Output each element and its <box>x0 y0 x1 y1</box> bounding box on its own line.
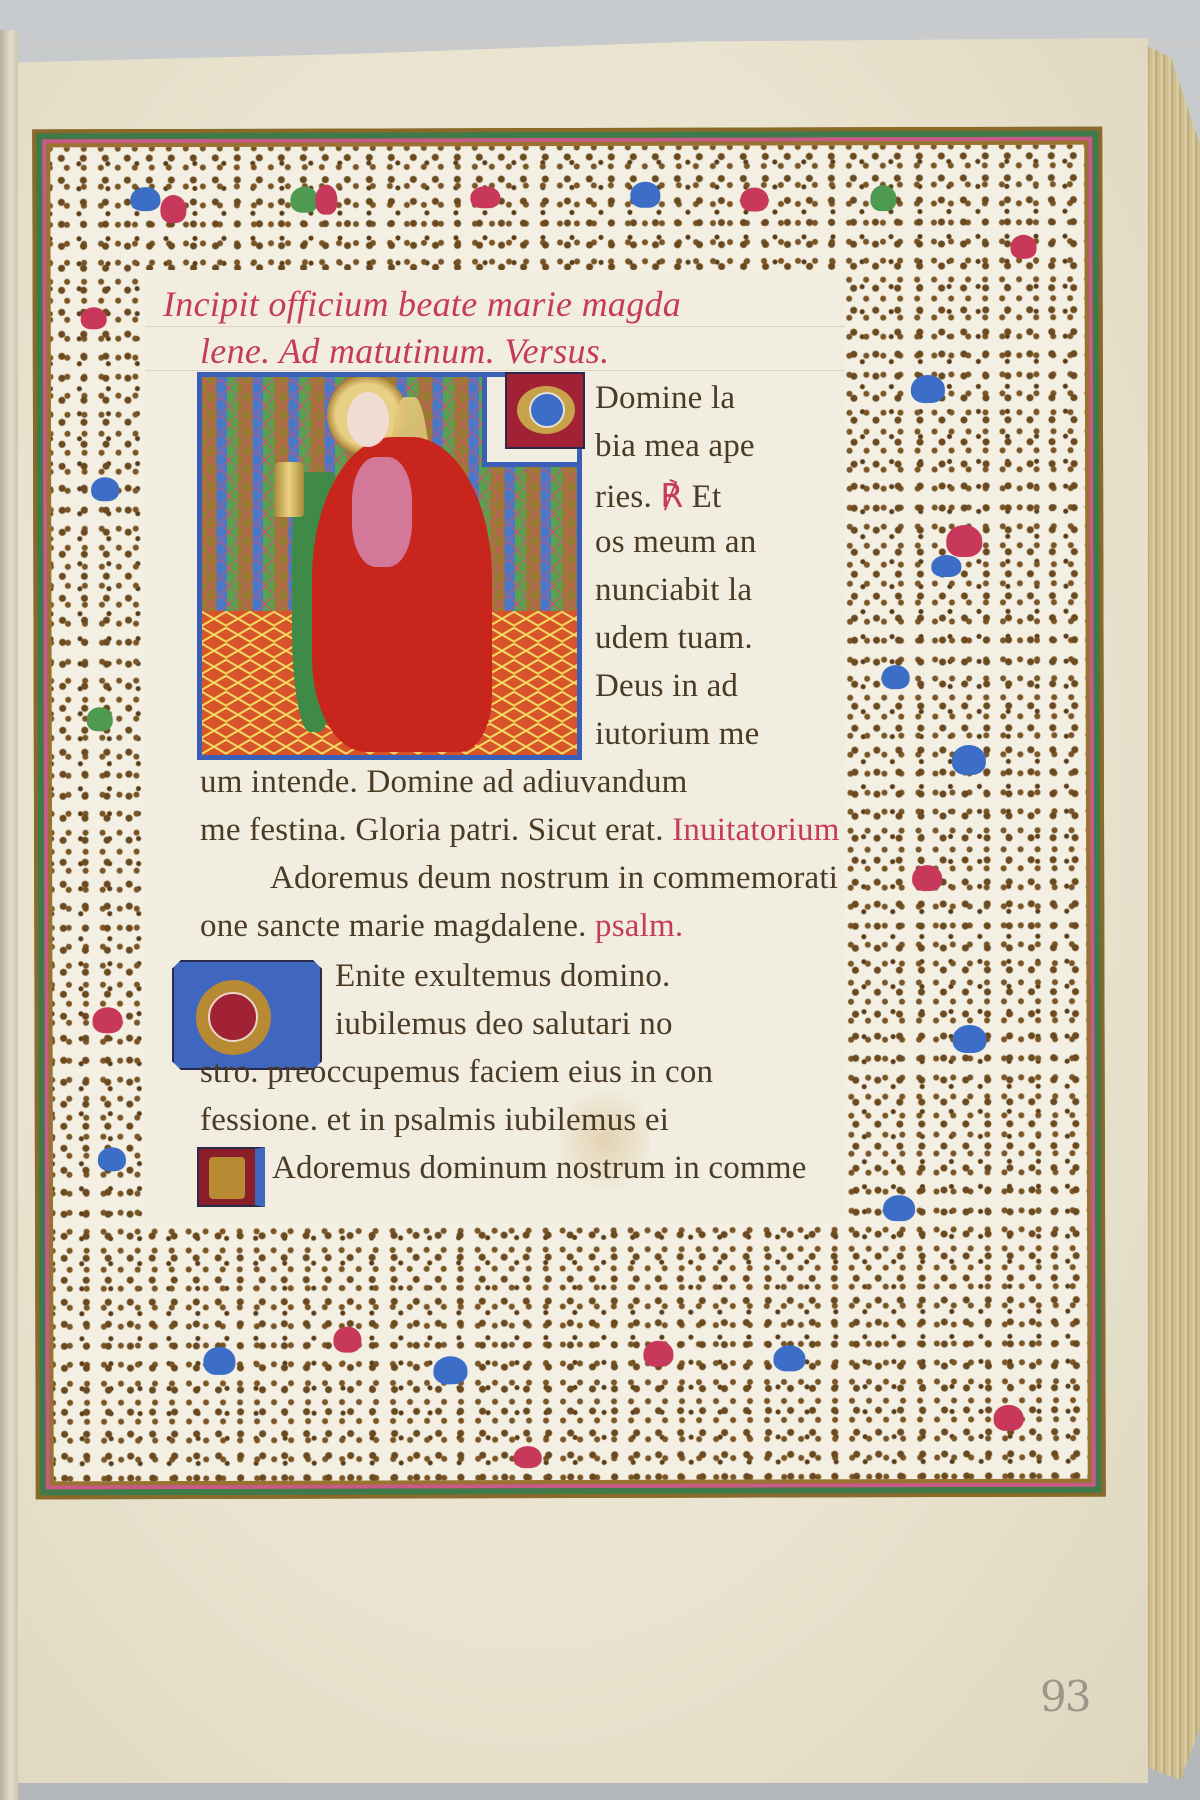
invitatory-line: Adoremus deum nostrum in commemorati <box>270 860 838 897</box>
versicle-line: um intende. Domine ad adiuvandum <box>200 764 688 801</box>
versicle-line: iutorium me <box>595 716 759 753</box>
flower-icon <box>98 1147 126 1171</box>
saint-pink-underdress <box>352 457 412 567</box>
antiphon-line: Adoremus dominum nostrum in comme <box>272 1150 807 1187</box>
versicle-line: ries. ℟ Et <box>595 476 721 516</box>
flower-icon <box>643 1341 673 1367</box>
versicle-line: Domine la <box>595 380 735 417</box>
psalm-rubric: psalm. <box>595 908 683 944</box>
flower-icon <box>630 182 660 208</box>
versicle-text: ries. <box>595 479 652 515</box>
invitatory-line: one sancte marie magdalene. psalm. <box>200 908 683 945</box>
flower-icon <box>93 1007 123 1033</box>
flower-icon <box>130 187 160 211</box>
versicle-line: me festina. Gloria patri. Sicut erat. In… <box>200 812 840 849</box>
invitatory-rubric: Inuitatorium <box>672 812 839 848</box>
initial-d <box>505 372 585 449</box>
flower-icon <box>333 1327 361 1353</box>
initial-d-core <box>529 392 565 428</box>
initial-a-bowl <box>209 1157 245 1199</box>
flower-icon <box>946 525 982 557</box>
psalm-line: fessione. et in psalmis iubilemus ei <box>200 1102 669 1139</box>
versicle-line: bia mea ape <box>595 428 755 465</box>
versicle-line: nunciabit la <box>595 572 752 609</box>
versicle-text: me festina. Gloria patri. Sicut erat. <box>200 812 664 848</box>
psalm-line: iubilemus deo salutari no <box>335 1006 673 1043</box>
flower-icon <box>514 1446 542 1468</box>
flower-icon <box>1010 235 1036 259</box>
initial-v-core <box>208 992 258 1042</box>
folio-number: 93 <box>1040 1672 1089 1721</box>
flower-icon <box>290 187 318 213</box>
flower-icon <box>912 865 942 891</box>
ointment-jar-icon <box>274 462 304 517</box>
psalm-line: Enite exultemus domino. <box>335 958 670 995</box>
flower-icon <box>953 1025 987 1053</box>
flower-icon <box>883 1195 915 1221</box>
flower-icon <box>882 665 910 689</box>
flower-icon <box>433 1356 467 1384</box>
invitatory-text: one sancte marie magdalene. <box>200 908 587 944</box>
flower-icon <box>952 745 986 775</box>
rubric-line-2: lene. Ad matutinum. Versus. <box>200 330 609 372</box>
flower-icon <box>870 185 896 211</box>
initial-a <box>197 1147 265 1207</box>
flower-icon <box>87 707 113 731</box>
flower-icon <box>160 195 186 223</box>
flower-icon <box>91 477 119 501</box>
flower-icon <box>911 375 945 403</box>
versicle-line: udem tuam. <box>595 620 753 657</box>
left-page-edge <box>0 30 18 1800</box>
rubric-line-1: Incipit officium beate marie magda <box>163 283 681 325</box>
versicle-line: os meum an <box>595 524 756 561</box>
flower-icon <box>740 187 768 211</box>
saint-face <box>347 392 389 447</box>
flower-icon <box>470 186 500 208</box>
flower-icon <box>203 1347 235 1375</box>
response-marker: ℟ <box>660 479 683 515</box>
flower-icon <box>81 307 107 329</box>
flower-icon <box>773 1345 805 1371</box>
flower-icon <box>994 1405 1024 1431</box>
ruling-line <box>145 326 845 327</box>
psalm-line: stro. preoccupemus faciem eius in con <box>200 1054 713 1091</box>
flower-icon <box>931 555 961 577</box>
flower-icon <box>315 185 337 215</box>
response-text: Et <box>692 479 722 515</box>
versicle-line: Deus in ad <box>595 668 738 705</box>
